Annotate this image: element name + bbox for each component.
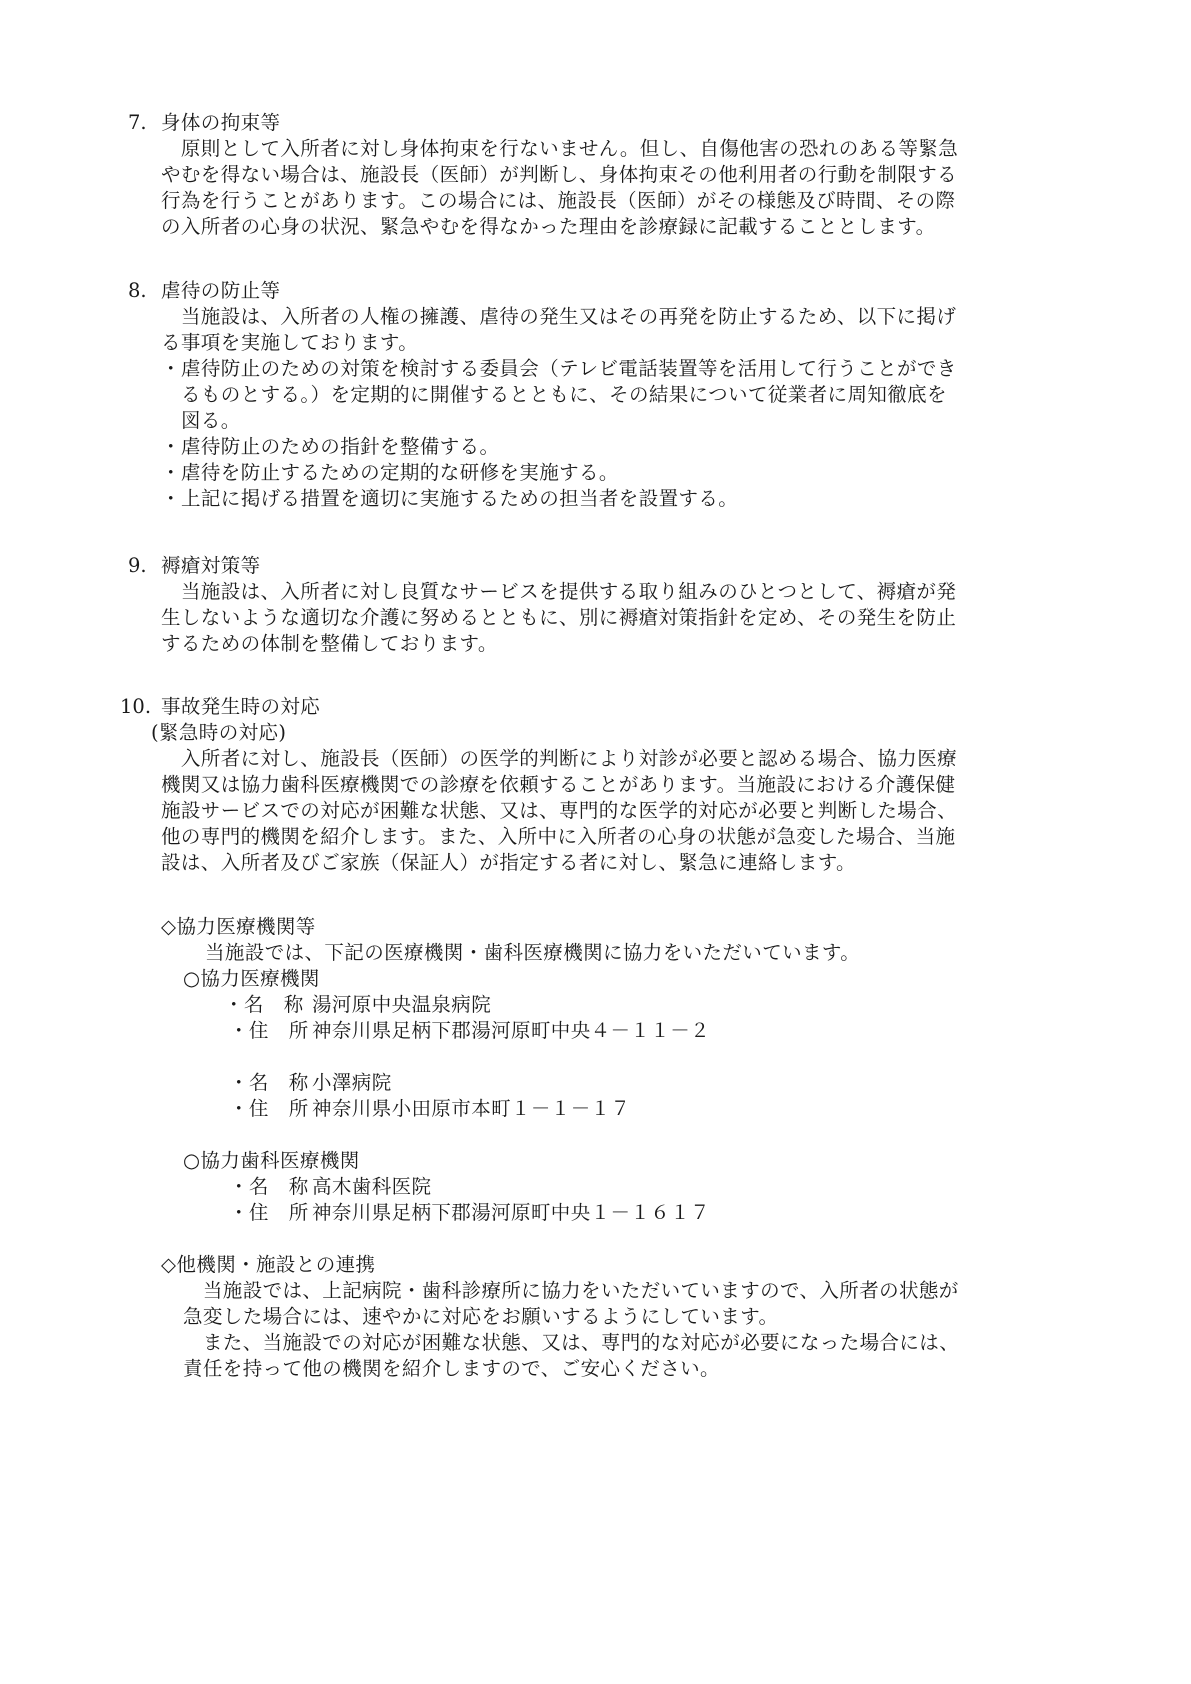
section-number: 8. bbox=[128, 278, 147, 304]
section-title: 事故発生時の対応 bbox=[161, 694, 320, 720]
section-title: 虐待の防止等 bbox=[161, 278, 280, 304]
paragraph-line: る事項を実施しております。 bbox=[161, 330, 418, 356]
institution-name-label: ・名 称 bbox=[229, 1070, 309, 1096]
group-heading: ○協力歯科医療機関 bbox=[183, 1148, 360, 1174]
paragraph-line: 当施設は、入所者に対し良質なサービスを提供する取り組みのひとつとして、褥瘡が発 bbox=[161, 579, 956, 605]
paragraph-line: 急変した場合には、速やかに対応をお願いするようにしています。 bbox=[183, 1304, 778, 1330]
institution-name-label: ・名 称 bbox=[229, 1174, 309, 1200]
paragraph-line: 当施設では、下記の医療機関・歯科医療機関に協力をいただいています。 bbox=[205, 940, 860, 966]
bullet-text: るものとする。）を定期的に開催するとともに、その結果について従業者に周知徹底を bbox=[181, 382, 947, 408]
subsection-heading: ◇他機関・施設との連携 bbox=[161, 1252, 375, 1278]
paragraph-line: 行為を行うことがあります。この場合には、施設長（医師）がその様態及び時間、その際 bbox=[161, 188, 955, 214]
section-title: 褥瘡対策等 bbox=[161, 553, 261, 579]
institution-name-label: ・名 称 bbox=[224, 992, 304, 1018]
bullet-text: 虐待防止のための対策を検討する委員会（テレビ電話装置等を活用して行うことができ bbox=[181, 356, 957, 382]
paragraph-line: 機関又は協力歯科医療機関での診療を依頼することがあります。当施設における介護保健 bbox=[161, 772, 955, 798]
bullet-text: 虐待を防止するための定期的な研修を実施する。 bbox=[181, 460, 619, 486]
paragraph-line: 設は、入所者及びご家族（保証人）が指定する者に対し、緊急に連絡します。 bbox=[161, 850, 856, 876]
paragraph-line: するための体制を整備しております。 bbox=[161, 631, 498, 657]
paragraph-line: 原則として入所者に対し身体拘束を行ないません。但し、自傷他害の恐れのある等緊急 bbox=[161, 136, 958, 162]
institution-address: 神奈川県小田原市本町１－１－１７ bbox=[312, 1096, 630, 1122]
bullet-text: 虐待防止のための指針を整備する。 bbox=[181, 434, 499, 460]
paragraph-line: の入所者の心身の状況、緊急やむを得なかった理由を診療録に記載することとします。 bbox=[161, 214, 936, 240]
bullet-text: 上記に掲げる措置を適切に実施するための担当者を設置する。 bbox=[181, 486, 738, 512]
institution-address-label: ・住 所 bbox=[229, 1018, 309, 1044]
paragraph-line: 当施設は、入所者の人権の擁護、虐待の発生又はその再発を防止するため、以下に掲げ bbox=[161, 304, 956, 330]
document-page: 7. 身体の拘束等 原則として入所者に対し身体拘束を行ないません。但し、自傷他害… bbox=[0, 0, 1191, 1684]
paragraph-line: 施設サービスでの対応が困難な状態、又は、専門的な医学的対応が必要と判断した場合、 bbox=[161, 798, 957, 824]
institution-name: 小澤病院 bbox=[312, 1070, 392, 1096]
section-title: 身体の拘束等 bbox=[161, 110, 280, 136]
section-number: 10. bbox=[120, 694, 151, 720]
paragraph-line: やむを得ない場合は、施設長（医師）が判断し、身体拘束その他利用者の行動を制限する bbox=[161, 162, 957, 188]
institution-address-label: ・住 所 bbox=[229, 1096, 309, 1122]
institution-address: 神奈川県足柄下郡湯河原町中央１－１６１７ bbox=[312, 1200, 710, 1226]
bullet-marker: ・ bbox=[161, 356, 181, 382]
bullet-marker: ・ bbox=[161, 486, 181, 512]
paragraph-line: 生しないような適切な介護に努めるとともに、別に褥瘡対策指針を定め、その発生を防止 bbox=[161, 605, 956, 631]
paragraph-line: 他の専門的機関を紹介します。また、入所中に入所者の心身の状態が急変した場合、当施 bbox=[161, 824, 955, 850]
subsection-heading: ◇協力医療機関等 bbox=[161, 914, 316, 940]
bullet-text: 図る。 bbox=[181, 408, 241, 434]
institution-name: 高木歯科医院 bbox=[312, 1174, 431, 1200]
paragraph-line: 入所者に対し、施設長（医師）の医学的判断により対診が必要と認める場合、協力医療 bbox=[161, 746, 957, 772]
section-number: 9. bbox=[128, 553, 147, 579]
institution-name: 湯河原中央温泉病院 bbox=[312, 992, 491, 1018]
section-subtitle: (緊急時の対応) bbox=[151, 720, 286, 746]
paragraph-line: 責任を持って他の機関を紹介しますので、ご安心ください。 bbox=[183, 1356, 720, 1382]
group-heading: ○協力医療機関 bbox=[183, 966, 320, 992]
paragraph-line: 当施設では、上記病院・歯科診療所に協力をいただいていますので、入所者の状態が bbox=[183, 1278, 959, 1304]
bullet-marker: ・ bbox=[161, 460, 181, 486]
paragraph-line: また、当施設での対応が困難な状態、又は、専門的な対応が必要になった場合には、 bbox=[183, 1330, 959, 1356]
institution-address-label: ・住 所 bbox=[229, 1200, 309, 1226]
section-number: 7. bbox=[128, 110, 147, 136]
bullet-marker: ・ bbox=[161, 434, 181, 460]
institution-address: 神奈川県足柄下郡湯河原町中央４－１１－２ bbox=[312, 1018, 710, 1044]
